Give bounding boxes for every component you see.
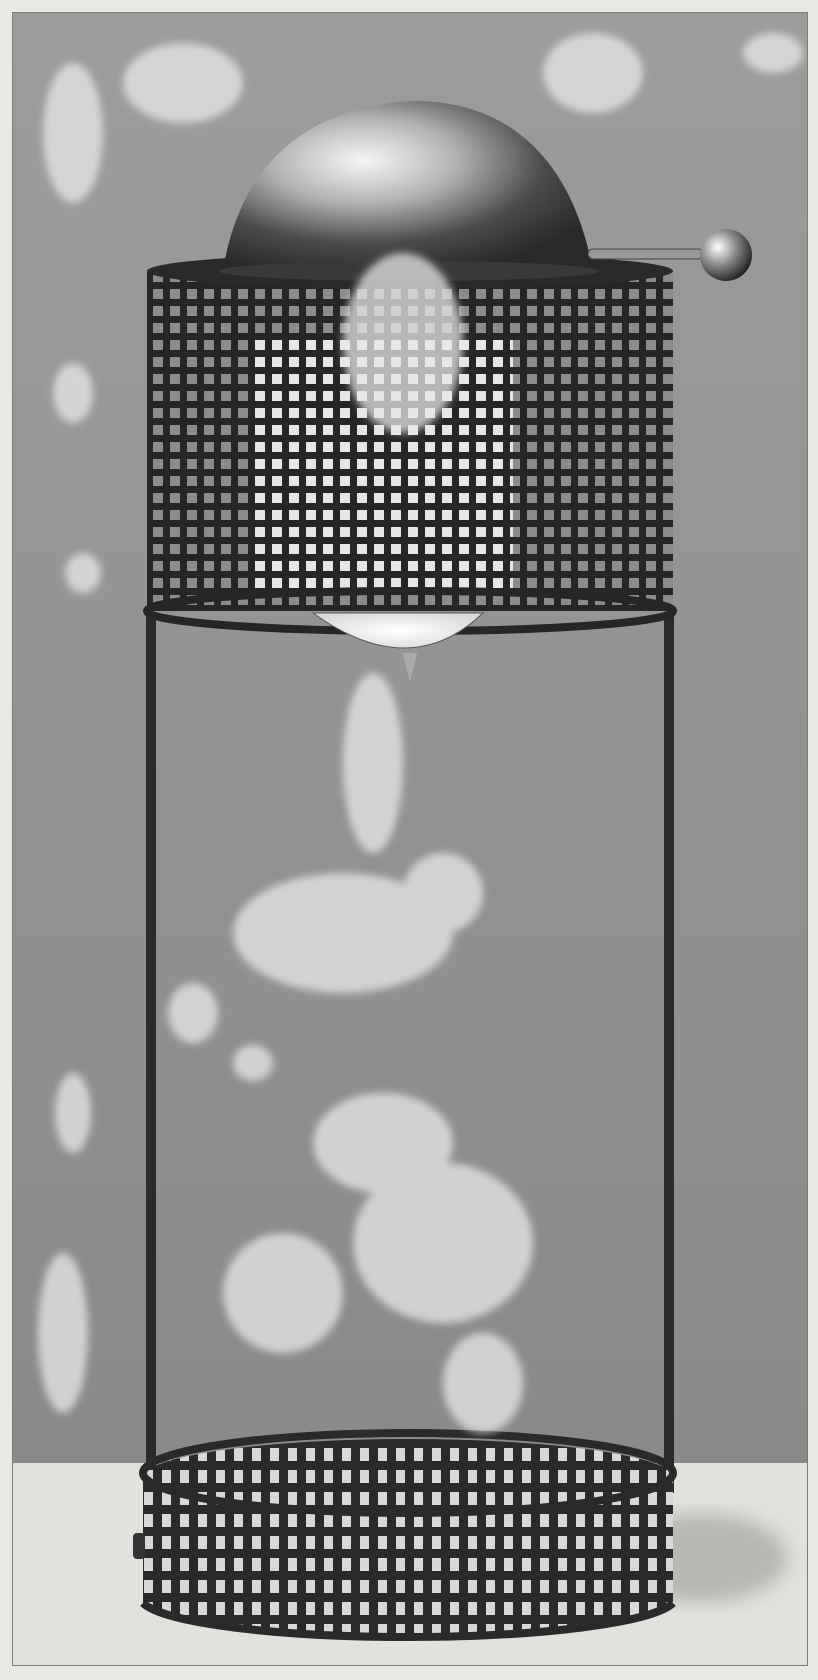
lower-mesh-base [133,1433,673,1637]
photograph [12,12,808,1666]
left-rod [146,613,156,1493]
right-rod [664,613,674,1493]
lamp-photo-scene [13,13,807,1665]
lever-rod [588,249,703,259]
knob [700,229,752,281]
